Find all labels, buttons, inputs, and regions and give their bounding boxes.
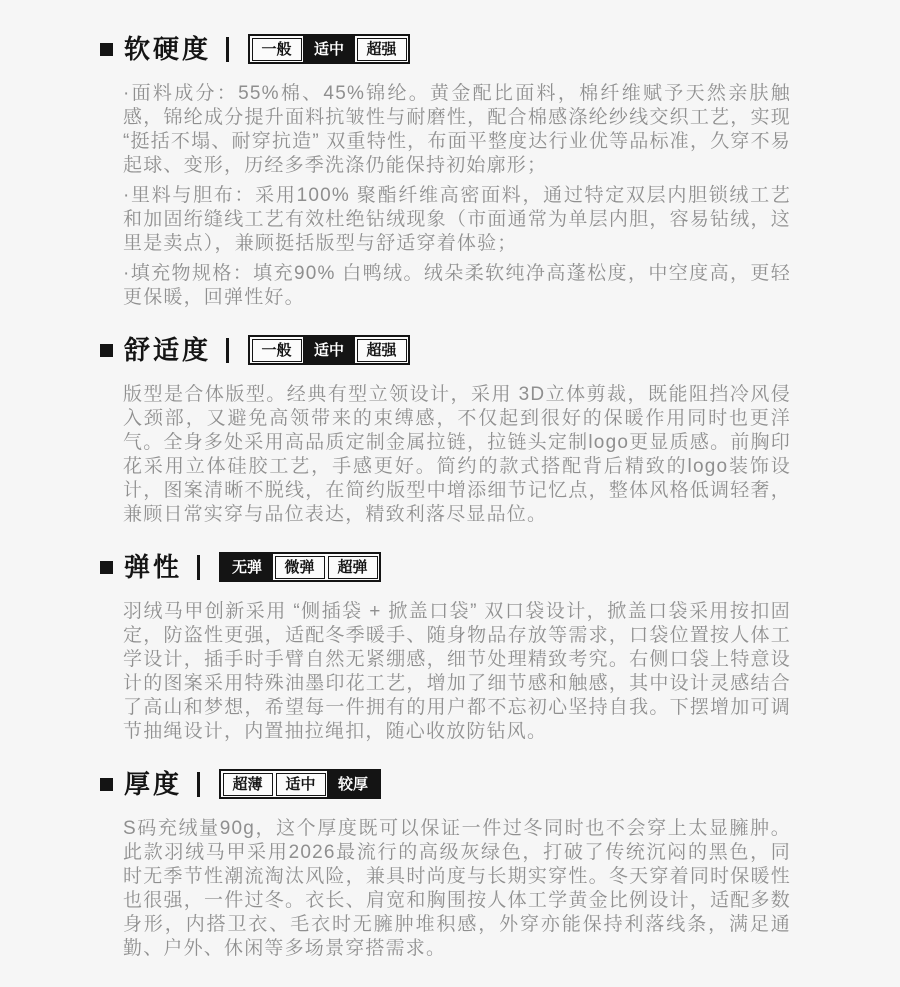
square-bullet-icon	[100, 344, 113, 357]
level-badge: 一般	[252, 38, 302, 61]
section-body: 羽绒马甲创新采用 “侧插袋 + 掀盖口袋” 双口袋设计，掀盖口袋采用按扣固定，防…	[123, 600, 791, 744]
divider-bar-icon	[197, 555, 200, 580]
level-badge-group: 无弹 微弹 超弹	[219, 552, 381, 582]
level-badge-active: 较厚	[327, 771, 379, 797]
spec-header: 弹性 无弹 微弹 超弹	[100, 551, 794, 583]
spec-header: 舒适度 一般 适中 超强	[100, 334, 794, 366]
level-badge-group: 一般 适中 超强	[248, 335, 410, 365]
level-badge: 适中	[276, 773, 326, 796]
product-description-page: 软硬度 一般 适中 超强 ·面料成分：55%棉、45%锦纶。黄金配比面料，棉纤维…	[0, 0, 900, 961]
spec-header: 软硬度 一般 适中 超强	[100, 33, 794, 65]
section-title: 厚度	[124, 768, 182, 800]
description-paragraph: ·填充物规格：填充90% 白鸭绒。绒朵柔软纯净高蓬松度，中空度高，更轻更保暖，回…	[123, 262, 791, 310]
level-badge: 一般	[252, 339, 302, 362]
square-bullet-icon	[100, 561, 113, 574]
divider-bar-icon	[226, 338, 229, 363]
description-paragraph: 羽绒马甲创新采用 “侧插袋 + 掀盖口袋” 双口袋设计，掀盖口袋采用按扣固定，防…	[123, 600, 791, 744]
section-title: 弹性	[124, 551, 182, 583]
level-badge: 超弹	[328, 556, 378, 579]
description-paragraph: ·里料与胆布：采用100% 聚酯纤维高密面料，通过特定双层内胆锁绒工艺和加固绗缝…	[123, 184, 791, 256]
level-badge: 超强	[357, 339, 407, 362]
level-badge-active: 适中	[303, 337, 355, 363]
spec-section-elasticity: 弹性 无弹 微弹 超弹 羽绒马甲创新采用 “侧插袋 + 掀盖口袋” 双口袋设计，…	[100, 551, 794, 744]
description-paragraph: ·面料成分：55%棉、45%锦纶。黄金配比面料，棉纤维赋予天然亲肤触感，锦纶成分…	[123, 82, 791, 178]
description-paragraph: S码充绒量90g，这个厚度既可以保证一件过冬同时也不会穿上太显臃肿。此款羽绒马甲…	[123, 817, 791, 961]
level-badge: 超薄	[223, 773, 273, 796]
section-title: 软硬度	[124, 33, 211, 65]
level-badge: 超强	[357, 38, 407, 61]
level-badge-group: 一般 适中 超强	[248, 34, 410, 64]
spec-header: 厚度 超薄 适中 较厚	[100, 768, 794, 800]
description-paragraph: 版型是合体版型。经典有型立领设计，采用 3D立体剪裁，既能阻挡冷风侵入颈部，又避…	[123, 383, 791, 527]
square-bullet-icon	[100, 778, 113, 791]
section-body: S码充绒量90g，这个厚度既可以保证一件过冬同时也不会穿上太显臃肿。此款羽绒马甲…	[123, 817, 791, 961]
section-body: ·面料成分：55%棉、45%锦纶。黄金配比面料，棉纤维赋予天然亲肤触感，锦纶成分…	[123, 82, 791, 310]
level-badge: 微弹	[275, 556, 325, 579]
spec-section-comfort: 舒适度 一般 适中 超强 版型是合体版型。经典有型立领设计，采用 3D立体剪裁，…	[100, 334, 794, 527]
square-bullet-icon	[100, 43, 113, 56]
level-badge-active: 无弹	[221, 554, 273, 580]
spec-section-thickness: 厚度 超薄 适中 较厚 S码充绒量90g，这个厚度既可以保证一件过冬同时也不会穿…	[100, 768, 794, 961]
section-title: 舒适度	[124, 334, 211, 366]
divider-bar-icon	[226, 37, 229, 62]
spec-section-softness: 软硬度 一般 适中 超强 ·面料成分：55%棉、45%锦纶。黄金配比面料，棉纤维…	[100, 33, 794, 310]
divider-bar-icon	[197, 772, 200, 797]
section-body: 版型是合体版型。经典有型立领设计，采用 3D立体剪裁，既能阻挡冷风侵入颈部，又避…	[123, 383, 791, 527]
level-badge-group: 超薄 适中 较厚	[219, 769, 381, 799]
level-badge-active: 适中	[303, 36, 355, 62]
